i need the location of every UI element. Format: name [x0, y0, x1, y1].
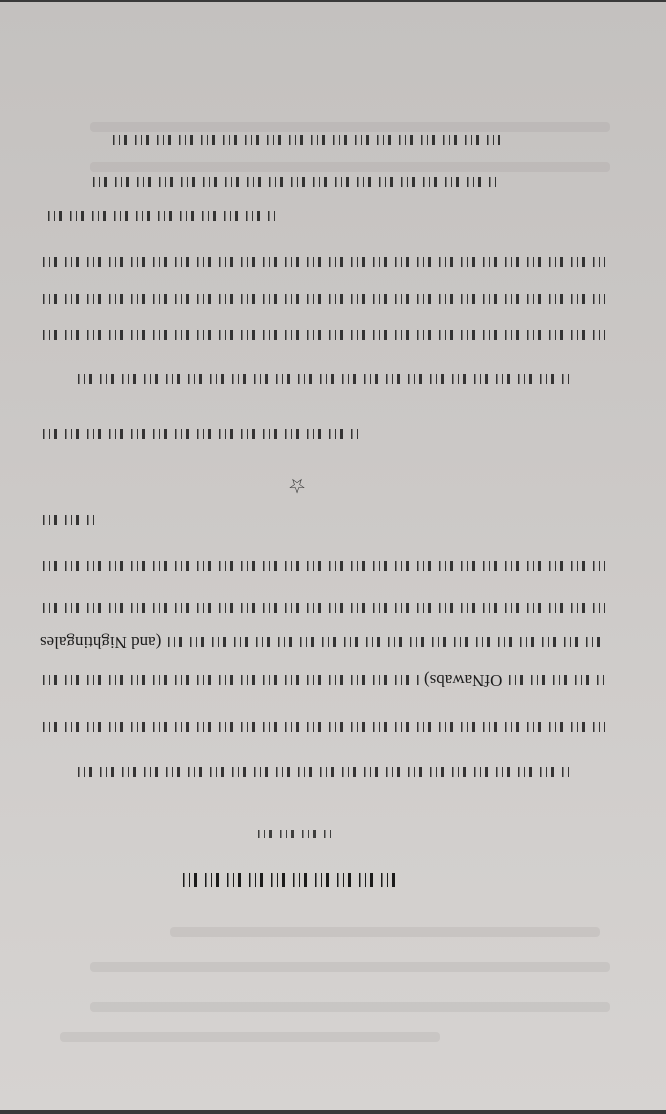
text-line-mixed: (and Nightingales [36, 629, 605, 655]
show-through-mark [170, 927, 600, 937]
text-line: [Urdu text line] [40, 286, 605, 312]
show-through-mark [60, 1032, 440, 1042]
star-ornament-icon: ☆ [288, 474, 306, 498]
english-phrase: OfNawabs) [420, 670, 506, 690]
text-line: [Urdu text line] [40, 421, 360, 447]
text-line: [Urdu text line] [40, 322, 605, 348]
text-line: [Urdu text line] [40, 553, 605, 579]
show-through-mark [90, 962, 610, 972]
text-line: [Urdu text line] [40, 595, 605, 621]
text-line: [Urdu text line] [40, 249, 605, 275]
text-line-mixed: OfNawabs) [40, 667, 605, 693]
attribution-parenthetical: [Urdu parenthetical] [255, 824, 335, 844]
text-line: [Urdu text line] [75, 366, 570, 392]
book-page: [Urdu text line] [Urdu text line] [Urdu … [0, 2, 666, 1110]
text-line: [Urdu text line] [75, 759, 570, 785]
text-line: [Urdu text line] [40, 714, 605, 740]
text-line: [Urdu text line] [90, 169, 500, 195]
english-phrase: (and Nightingales [36, 632, 165, 652]
text-line: [Urdu text line] [45, 203, 275, 229]
attribution-heading: [Urdu name / heading] [180, 862, 400, 898]
text-line: [Urdu text line] [40, 507, 95, 533]
text-line: [Urdu text line] [110, 127, 500, 153]
show-through-mark [90, 1002, 610, 1012]
